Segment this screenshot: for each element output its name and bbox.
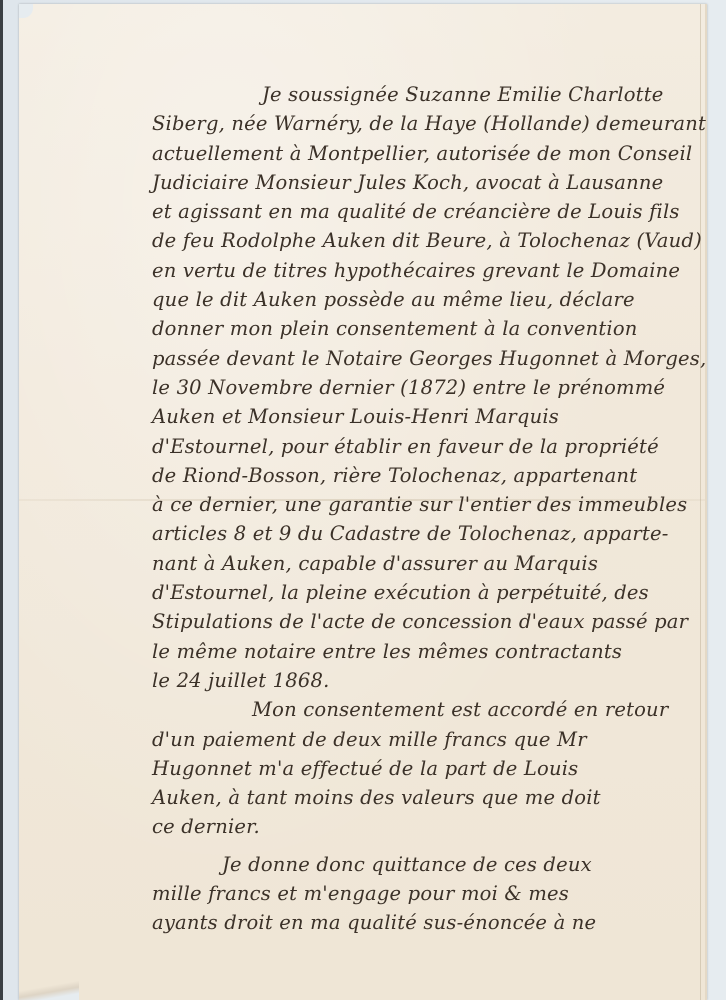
text-line: donner mon plein consentement à la conve… [152, 314, 682, 343]
text-line: mille francs et m'engage pour moi & mes [152, 879, 682, 908]
text-line: ayants droit en ma qualité sus-énoncée à… [152, 908, 682, 937]
text-line: Mon consentement est accordé en retour [152, 695, 682, 724]
text-line: articles 8 et 9 du Cadastre de Tolochena… [152, 519, 682, 548]
text-line: Je donne donc quittance de ces deux [152, 850, 682, 879]
text-line: passée devant le Notaire Georges Hugonne… [152, 344, 682, 373]
text-line: d'Estournel, la pleine exécution à perpé… [152, 578, 682, 607]
text-line: de Riond-Bosson, rière Tolochenaz, appar… [152, 461, 682, 490]
text-line: que le dit Auken possède au même lieu, d… [152, 285, 682, 314]
text-line: de feu Rodolphe Auken dit Beure, à Toloc… [152, 226, 682, 255]
text-line: le même notaire entre les mêmes contract… [152, 637, 682, 666]
text-line: d'un paiement de deux mille francs que M… [152, 725, 682, 754]
text-line: Je soussignée Suzanne Emilie Charlotte [152, 80, 682, 109]
text-line: en vertu de titres hypothécaires grevant… [152, 256, 682, 285]
text-line: actuellement à Montpellier, autorisée de… [152, 139, 682, 168]
text-line: Hugonnet m'a effectué de la part de Loui… [152, 754, 682, 783]
handwritten-text: Je soussignée Suzanne Emilie Charlotte S… [152, 80, 682, 938]
text-line: nant à Auken, capable d'assurer au Marqu… [152, 549, 682, 578]
torn-corner [19, 4, 33, 18]
text-line: à ce dernier, une garantie sur l'entier … [152, 490, 682, 519]
text-line: Auken, à tant moins des valeurs que me d… [152, 783, 682, 812]
text-line: Stipulations de l'acte de concession d'e… [152, 607, 682, 636]
text-line: ce dernier. [152, 812, 682, 841]
text-line: d'Estournel, pour établir en faveur de l… [152, 432, 682, 461]
text-line: Auken et Monsieur Louis-Henri Marquis [152, 402, 682, 431]
text-line: et agissant en ma qualité de créancière … [152, 197, 682, 226]
torn-edge [19, 978, 79, 1000]
text-line: le 30 Novembre dernier (1872) entre le p… [152, 373, 682, 402]
text-line: Siberg, née Warnéry, de la Haye (Holland… [152, 109, 682, 138]
text-line: le 24 juillet 1868. [152, 666, 682, 695]
text-line: Judiciaire Monsieur Jules Koch, avocat à… [152, 168, 682, 197]
